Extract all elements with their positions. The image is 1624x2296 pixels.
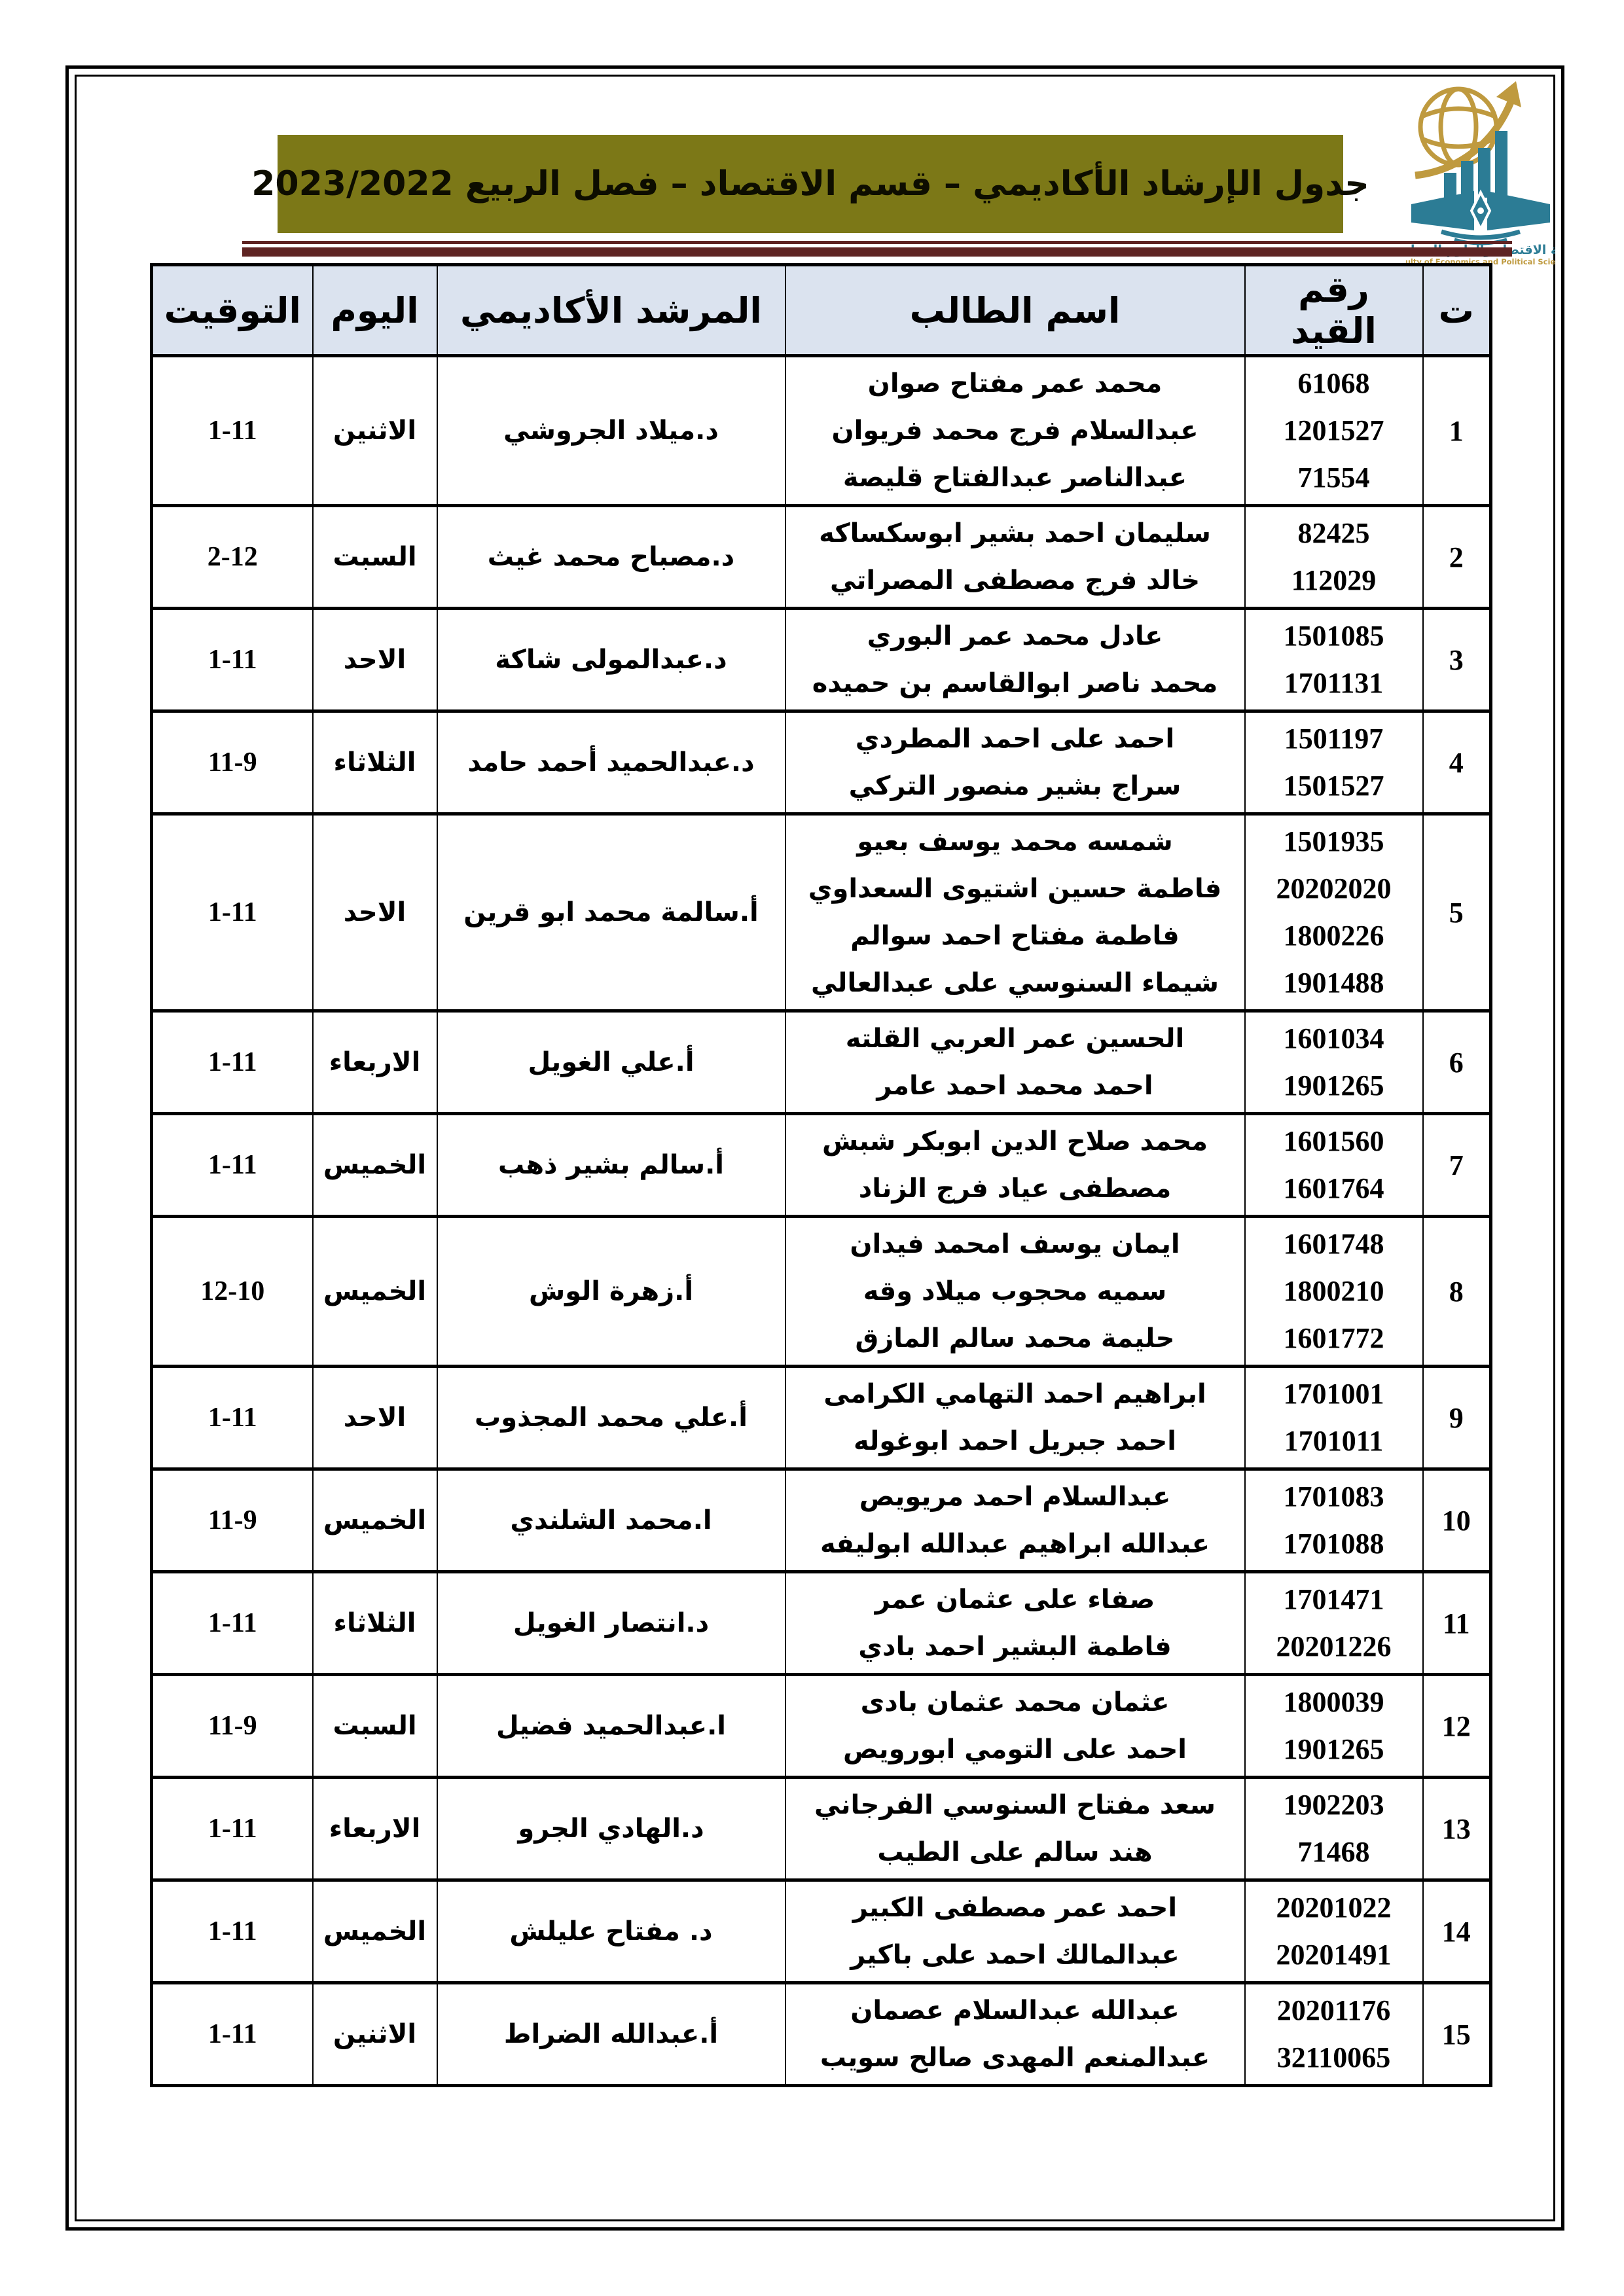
serial-number: 1 bbox=[1449, 415, 1464, 447]
reg-no: 1800210 bbox=[1250, 1268, 1418, 1315]
table-row: 5 15019352020202018002261901488 شمسه محم… bbox=[152, 814, 1491, 1011]
reg-no: 1902203 bbox=[1250, 1782, 1418, 1829]
advisor-cell: د.عبدالحميد أحمد حامد bbox=[437, 711, 785, 814]
header-advisor: المرشد الأكاديمي bbox=[437, 265, 785, 356]
advisor-cell: د.انتصار الغويل bbox=[437, 1572, 785, 1675]
serial-cell: 15 bbox=[1423, 1983, 1491, 2086]
serial-number: 14 bbox=[1442, 1916, 1471, 1948]
serial-cell: 2 bbox=[1423, 506, 1491, 609]
serial-cell: 4 bbox=[1423, 711, 1491, 814]
reg-no: 112029 bbox=[1250, 557, 1418, 604]
student-name-cell: احمد على احمد المطرديسراج بشير منصور الت… bbox=[785, 711, 1245, 814]
serial-cell: 13 bbox=[1423, 1778, 1491, 1880]
reg-no: 71468 bbox=[1250, 1829, 1418, 1876]
student-name: عبدالسلام فرج محمد فريوان bbox=[790, 407, 1240, 454]
day-cell: الاربعاء bbox=[313, 1778, 437, 1880]
advisor-cell: أ.عبدالله الضراط bbox=[437, 1983, 785, 2086]
table-row: 9 17010011701011 ابراهيم احمد التهامي ال… bbox=[152, 1367, 1491, 1469]
time-cell: 1-11 bbox=[152, 1367, 313, 1469]
student-name: ايمان يوسف امحمد فيدان bbox=[790, 1221, 1240, 1268]
student-name: احمد على التومي ابورويص bbox=[790, 1726, 1240, 1773]
table-row: 7 16015601601764 محمد صلاح الدين ابوبكر … bbox=[152, 1114, 1491, 1217]
reg-no: 1800226 bbox=[1250, 912, 1418, 960]
day-name: الخميس bbox=[323, 1916, 426, 1946]
advisor-name: د.عبدالمولى شاكة bbox=[495, 645, 727, 675]
serial-cell: 12 bbox=[1423, 1675, 1491, 1778]
advisor-name: أ.سالم بشير ذهب bbox=[498, 1150, 724, 1180]
time-cell: 1-11 bbox=[152, 814, 313, 1011]
day-cell: الخميس bbox=[313, 1469, 437, 1572]
student-name: سراج بشير منصور التركي bbox=[790, 762, 1240, 810]
reg-no-cell: 18000391901265 bbox=[1245, 1675, 1423, 1778]
reg-no-cell: 190220371468 bbox=[1245, 1778, 1423, 1880]
table-header-row: ت رقم القيد اسم الطالب المرشد الأكاديمي … bbox=[152, 265, 1491, 356]
advisor-name: أ.علي الغويل bbox=[528, 1047, 694, 1077]
time-cell: 1-11 bbox=[152, 609, 313, 711]
time-value: 1-11 bbox=[208, 1814, 257, 1844]
day-name: الخميس bbox=[323, 1505, 426, 1535]
table-row: 15 2020117632110065 عبدالله عبدالسلام عص… bbox=[152, 1983, 1491, 2086]
day-name: الاربعاء bbox=[329, 1047, 421, 1077]
serial-number: 8 bbox=[1449, 1276, 1464, 1308]
reg-no: 1501527 bbox=[1250, 762, 1418, 810]
day-cell: الخميس bbox=[313, 1217, 437, 1367]
advisor-name: د.انتصار الغويل bbox=[513, 1608, 709, 1638]
student-name: الحسين عمر العربي القلته bbox=[790, 1015, 1240, 1062]
serial-cell: 7 bbox=[1423, 1114, 1491, 1217]
time-value: 1-11 bbox=[208, 1150, 257, 1180]
reg-no: 20201022 bbox=[1250, 1884, 1418, 1931]
day-name: الاحد bbox=[344, 1403, 406, 1433]
student-name: شيماء السنوسي على عبدالعالي bbox=[790, 960, 1240, 1007]
title-banner: جدول الإرشاد الأكاديمي – قسم الاقتصاد – … bbox=[278, 135, 1343, 233]
reg-no: 1701471 bbox=[1250, 1576, 1418, 1623]
reg-no: 1701088 bbox=[1250, 1520, 1418, 1568]
time-cell: 11-9 bbox=[152, 1469, 313, 1572]
day-cell: السبت bbox=[313, 1675, 437, 1778]
serial-cell: 1 bbox=[1423, 356, 1491, 506]
student-name: عبدالله عبدالسلام عصمان bbox=[790, 1987, 1240, 2034]
student-name: خالد فرج مصطفى المصراتي bbox=[790, 557, 1240, 604]
serial-number: 7 bbox=[1449, 1149, 1464, 1181]
student-name-cell: سعد مفتاح السنوسي الفرجانيهند سالم على ا… bbox=[785, 1778, 1245, 1880]
student-name-cell: صفاء على عثمان عمرفاطمة البشير احمد بادي bbox=[785, 1572, 1245, 1675]
advisor-name: ا.محمد الشلندي bbox=[510, 1505, 712, 1535]
reg-no: 1501197 bbox=[1250, 715, 1418, 762]
student-name-cell: محمد عمر مفتاح صوانعبدالسلام فرج محمد فر… bbox=[785, 356, 1245, 506]
time-cell: 12-10 bbox=[152, 1217, 313, 1367]
table-row: 6 16010341901265 الحسين عمر العربي القلت… bbox=[152, 1011, 1491, 1114]
advisor-cell: أ.سالم بشير ذهب bbox=[437, 1114, 785, 1217]
reg-no: 1901265 bbox=[1250, 1726, 1418, 1773]
student-name: محمد صلاح الدين ابوبكر شبش bbox=[790, 1118, 1240, 1165]
student-name-cell: احمد عمر مصطفى الكبيرعبدالمالك احمد على … bbox=[785, 1880, 1245, 1983]
advisor-cell: أ.علي الغويل bbox=[437, 1011, 785, 1114]
header-student-name: اسم الطالب bbox=[785, 265, 1245, 356]
time-value: 12-10 bbox=[200, 1276, 264, 1306]
reg-no: 1701011 bbox=[1250, 1418, 1418, 1465]
schedule-table: ت رقم القيد اسم الطالب المرشد الأكاديمي … bbox=[150, 263, 1492, 2087]
advisor-name: د.ميلاد الجروشي bbox=[503, 416, 719, 446]
student-name: ابراهيم احمد التهامي الكرامى bbox=[790, 1371, 1240, 1418]
student-name: فاطمة حسين اشتيوى السعداوي bbox=[790, 865, 1240, 912]
table-body: 1 61068120152771554 محمد عمر مفتاح صوانع… bbox=[152, 356, 1491, 2086]
serial-number: 10 bbox=[1442, 1505, 1471, 1537]
serial-number: 2 bbox=[1449, 541, 1464, 573]
serial-cell: 11 bbox=[1423, 1572, 1491, 1675]
time-cell: 2-12 bbox=[152, 506, 313, 609]
day-cell: الخميس bbox=[313, 1880, 437, 1983]
reg-no-cell: 2020102220201491 bbox=[1245, 1880, 1423, 1983]
student-name: احمد محمد احمد عامر bbox=[790, 1062, 1240, 1109]
reg-no-cell: 16015601601764 bbox=[1245, 1114, 1423, 1217]
advisor-cell: د.مصباح محمد غيث bbox=[437, 506, 785, 609]
reg-no: 1201527 bbox=[1250, 407, 1418, 454]
reg-no: 1901265 bbox=[1250, 1062, 1418, 1109]
time-cell: 1-11 bbox=[152, 1114, 313, 1217]
advisor-name: د.مصباح محمد غيث bbox=[488, 542, 734, 572]
serial-cell: 10 bbox=[1423, 1469, 1491, 1572]
reg-no-cell: 61068120152771554 bbox=[1245, 356, 1423, 506]
reg-no: 1800039 bbox=[1250, 1679, 1418, 1726]
day-cell: الاحد bbox=[313, 814, 437, 1011]
table-row: 10 17010831701088 عبدالسلام احمد مريويصع… bbox=[152, 1469, 1491, 1572]
table-row: 12 18000391901265 عثمان محمد عثمان بادىا… bbox=[152, 1675, 1491, 1778]
time-cell: 11-9 bbox=[152, 711, 313, 814]
student-name: عادل محمد عمر البوري bbox=[790, 613, 1240, 660]
reg-no-cell: 15010851701131 bbox=[1245, 609, 1423, 711]
table-row: 13 190220371468 سعد مفتاح السنوسي الفرجا… bbox=[152, 1778, 1491, 1880]
reg-no: 1601748 bbox=[1250, 1221, 1418, 1268]
time-cell: 1-11 bbox=[152, 1880, 313, 1983]
day-name: الاحد bbox=[344, 897, 406, 927]
advisor-cell: د.الهادي الجرو bbox=[437, 1778, 785, 1880]
serial-number: 15 bbox=[1442, 2018, 1471, 2051]
reg-no-cell: 2020117632110065 bbox=[1245, 1983, 1423, 2086]
advisor-cell: أ.زهرة الوش bbox=[437, 1217, 785, 1367]
serial-cell: 6 bbox=[1423, 1011, 1491, 1114]
time-value: 11-9 bbox=[208, 747, 257, 778]
time-value: 1-11 bbox=[208, 1916, 257, 1946]
student-name-cell: عادل محمد عمر البوريمحمد ناصر ابوالقاسم … bbox=[785, 609, 1245, 711]
day-name: الاثنين bbox=[333, 416, 416, 446]
book-icon bbox=[1411, 191, 1550, 243]
student-name: عبدالله ابراهيم عبدالله ابوليفه bbox=[790, 1520, 1240, 1568]
day-cell: الاثنين bbox=[313, 356, 437, 506]
table-row: 3 15010851701131 عادل محمد عمر البوريمحم… bbox=[152, 609, 1491, 711]
time-cell: 1-11 bbox=[152, 1572, 313, 1675]
time-value: 1-11 bbox=[208, 645, 257, 675]
reg-no: 20201226 bbox=[1250, 1623, 1418, 1670]
student-name-cell: عثمان محمد عثمان بادىاحمد على التومي ابو… bbox=[785, 1675, 1245, 1778]
student-name: سميه محجوب ميلاد وقه bbox=[790, 1268, 1240, 1315]
advisor-name: أ.سالمة محمد ابو قرين bbox=[463, 897, 759, 927]
student-name: صفاء على عثمان عمر bbox=[790, 1576, 1240, 1623]
day-cell: الثلاثاء bbox=[313, 711, 437, 814]
table-row: 1 61068120152771554 محمد عمر مفتاح صوانع… bbox=[152, 356, 1491, 506]
student-name: عبدالسلام احمد مريويص bbox=[790, 1473, 1240, 1520]
time-cell: 1-11 bbox=[152, 1778, 313, 1880]
serial-number: 4 bbox=[1449, 747, 1464, 779]
serial-number: 3 bbox=[1449, 644, 1464, 676]
time-cell: 11-9 bbox=[152, 1675, 313, 1778]
reg-no: 1701131 bbox=[1250, 660, 1418, 707]
student-name: عبدالمالك احمد على باكير bbox=[790, 1931, 1240, 1979]
reg-no: 1501935 bbox=[1250, 818, 1418, 865]
student-name: سعد مفتاح السنوسي الفرجاني bbox=[790, 1782, 1240, 1829]
page-title: جدول الإرشاد الأكاديمي – قسم الاقتصاد – … bbox=[251, 164, 1369, 204]
table-row: 4 15011971501527 احمد على احمد المطرديسر… bbox=[152, 711, 1491, 814]
reg-no: 32110065 bbox=[1250, 2034, 1418, 2081]
reg-no-cell: 15011971501527 bbox=[1245, 711, 1423, 814]
day-name: الاحد bbox=[344, 645, 406, 675]
advisor-cell: د. مفتاح عليلش bbox=[437, 1880, 785, 1983]
header-serial: ت bbox=[1423, 265, 1491, 356]
advisor-name: د.عبدالحميد أحمد حامد bbox=[467, 747, 754, 778]
student-name-cell: ايمان يوسف امحمد فيدانسميه محجوب ميلاد و… bbox=[785, 1217, 1245, 1367]
day-name: الثلاثاء bbox=[334, 747, 416, 778]
time-value: 1-11 bbox=[208, 1047, 257, 1077]
time-cell: 1-11 bbox=[152, 1011, 313, 1114]
reg-no: 1501085 bbox=[1250, 613, 1418, 660]
reg-no: 1701083 bbox=[1250, 1473, 1418, 1520]
student-name-cell: عبدالله عبدالسلام عصمانعبدالمنعم المهدى … bbox=[785, 1983, 1245, 2086]
time-cell: 1-11 bbox=[152, 356, 313, 506]
student-name-cell: سليمان احمد بشير ابوسكساكهخالد فرج مصطفى… bbox=[785, 506, 1245, 609]
advising-schedule: ت رقم القيد اسم الطالب المرشد الأكاديمي … bbox=[153, 263, 1492, 2087]
advisor-name: ا.عبدالحميد فضيل bbox=[496, 1711, 726, 1741]
time-value: 1-11 bbox=[208, 2019, 257, 2049]
advisor-name: د.الهادي الجرو bbox=[518, 1814, 704, 1844]
reg-no-cell: 82425112029 bbox=[1245, 506, 1423, 609]
student-name: محمد عمر مفتاح صوان bbox=[790, 360, 1240, 407]
time-value: 11-9 bbox=[208, 1711, 257, 1741]
table-header: ت رقم القيد اسم الطالب المرشد الأكاديمي … bbox=[152, 265, 1491, 356]
student-name-cell: عبدالسلام احمد مريويصعبدالله ابراهيم عبد… bbox=[785, 1469, 1245, 1572]
serial-cell: 3 bbox=[1423, 609, 1491, 711]
serial-cell: 8 bbox=[1423, 1217, 1491, 1367]
student-name: احمد عمر مصطفى الكبير bbox=[790, 1884, 1240, 1931]
advisor-cell: ا.عبدالحميد فضيل bbox=[437, 1675, 785, 1778]
student-name: فاطمة البشير احمد بادي bbox=[790, 1623, 1240, 1670]
serial-cell: 14 bbox=[1423, 1880, 1491, 1983]
student-name: عبدالناصر عبدالفتاح قليصة bbox=[790, 454, 1240, 501]
reg-no: 1601764 bbox=[1250, 1165, 1418, 1212]
divider-rule bbox=[242, 241, 1512, 257]
reg-no: 20201176 bbox=[1250, 1987, 1418, 2034]
serial-number: 12 bbox=[1442, 1710, 1471, 1742]
reg-no: 1601560 bbox=[1250, 1118, 1418, 1165]
day-name: السبت bbox=[333, 542, 416, 572]
time-value: 2-12 bbox=[208, 542, 258, 572]
reg-no: 20202020 bbox=[1250, 865, 1418, 912]
student-name-cell: الحسين عمر العربي القلتهاحمد محمد احمد ع… bbox=[785, 1011, 1245, 1114]
day-name: الثلاثاء bbox=[334, 1608, 416, 1638]
reg-no-cell: 160174818002101601772 bbox=[1245, 1217, 1423, 1367]
serial-number: 6 bbox=[1449, 1047, 1464, 1079]
student-name-cell: ابراهيم احمد التهامي الكرامىاحمد جبريل ا… bbox=[785, 1367, 1245, 1469]
advisor-cell: د.عبدالمولى شاكة bbox=[437, 609, 785, 711]
student-name: هند سالم على الطيب bbox=[790, 1829, 1240, 1876]
time-value: 1-11 bbox=[208, 416, 257, 446]
day-cell: الاربعاء bbox=[313, 1011, 437, 1114]
advisor-name: أ.زهرة الوش bbox=[529, 1276, 693, 1306]
serial-number: 13 bbox=[1442, 1813, 1471, 1845]
advisor-cell: د.ميلاد الجروشي bbox=[437, 356, 785, 506]
time-value: 1-11 bbox=[208, 897, 257, 927]
time-cell: 1-11 bbox=[152, 1983, 313, 2086]
reg-no: 1701001 bbox=[1250, 1371, 1418, 1418]
day-cell: الاحد bbox=[313, 609, 437, 711]
student-name: فاطمة مفتاح احمد سوالم bbox=[790, 912, 1240, 960]
day-name: السبت bbox=[333, 1711, 416, 1741]
day-cell: الخميس bbox=[313, 1114, 437, 1217]
advisor-name: أ.علي محمد المجذوب bbox=[475, 1403, 748, 1433]
advisor-cell: ا.محمد الشلندي bbox=[437, 1469, 785, 1572]
student-name-cell: شمسه محمد يوسف بعيوفاطمة حسين اشتيوى الس… bbox=[785, 814, 1245, 1011]
divider-rule-thick bbox=[242, 247, 1512, 257]
advisor-cell: أ.سالمة محمد ابو قرين bbox=[437, 814, 785, 1011]
student-name: سليمان احمد بشير ابوسكساكه bbox=[790, 510, 1240, 557]
day-name: الخميس bbox=[323, 1276, 426, 1306]
table-row: 11 170147120201226 صفاء على عثمان عمرفاط… bbox=[152, 1572, 1491, 1675]
reg-no-cell: 17010011701011 bbox=[1245, 1367, 1423, 1469]
serial-number: 11 bbox=[1443, 1607, 1470, 1640]
student-name: شمسه محمد يوسف بعيو bbox=[790, 818, 1240, 865]
student-name: عبدالمنعم المهدى صالح سويب bbox=[790, 2034, 1240, 2081]
reg-no: 1601034 bbox=[1250, 1015, 1418, 1062]
reg-no-cell: 15019352020202018002261901488 bbox=[1245, 814, 1423, 1011]
day-name: الخميس bbox=[323, 1150, 426, 1180]
reg-no-cell: 170147120201226 bbox=[1245, 1572, 1423, 1675]
advisor-name: أ.عبدالله الضراط bbox=[504, 2019, 718, 2049]
table-row: 2 82425112029 سليمان احمد بشير ابوسكساكه… bbox=[152, 506, 1491, 609]
reg-no: 61068 bbox=[1250, 360, 1418, 407]
reg-no-cell: 16010341901265 bbox=[1245, 1011, 1423, 1114]
student-name: عثمان محمد عثمان بادى bbox=[790, 1679, 1240, 1726]
student-name: حليمة محمد سالم المازق bbox=[790, 1315, 1240, 1362]
header-time: التوقيت bbox=[152, 265, 313, 356]
reg-no: 1901488 bbox=[1250, 960, 1418, 1007]
reg-no: 20201491 bbox=[1250, 1931, 1418, 1979]
day-name: الاثنين bbox=[333, 2019, 416, 2049]
serial-number: 5 bbox=[1449, 897, 1464, 929]
day-name: الاربعاء bbox=[329, 1814, 421, 1844]
student-name: مصطفى عياد فرج الزناد bbox=[790, 1165, 1240, 1212]
table-row: 14 2020102220201491 احمد عمر مصطفى الكبي… bbox=[152, 1880, 1491, 1983]
serial-number: 9 bbox=[1449, 1402, 1464, 1434]
serial-cell: 5 bbox=[1423, 814, 1491, 1011]
student-name: محمد ناصر ابوالقاسم بن حميده bbox=[790, 660, 1240, 707]
student-name: احمد على احمد المطردي bbox=[790, 715, 1240, 762]
header-reg-no: رقم القيد bbox=[1245, 265, 1423, 356]
day-cell: الاثنين bbox=[313, 1983, 437, 2086]
header-day: اليوم bbox=[313, 265, 437, 356]
student-name: احمد جبريل احمد ابوغوله bbox=[790, 1418, 1240, 1465]
student-name-cell: محمد صلاح الدين ابوبكر شبشمصطفى عياد فرج… bbox=[785, 1114, 1245, 1217]
reg-no: 71554 bbox=[1250, 454, 1418, 501]
table-row: 8 160174818002101601772 ايمان يوسف امحمد… bbox=[152, 1217, 1491, 1367]
time-value: 1-11 bbox=[208, 1403, 257, 1433]
day-cell: الاحد bbox=[313, 1367, 437, 1469]
reg-no: 82425 bbox=[1250, 510, 1418, 557]
time-value: 1-11 bbox=[208, 1608, 257, 1638]
day-cell: الثلاثاء bbox=[313, 1572, 437, 1675]
day-cell: السبت bbox=[313, 506, 437, 609]
faculty-logo: كلية الاقتصاد والعلوم السياسية Faculty o… bbox=[1406, 76, 1555, 267]
faculty-logo-icon: كلية الاقتصاد والعلوم السياسية Faculty o… bbox=[1406, 76, 1555, 267]
advisor-name: د. مفتاح عليلش bbox=[509, 1916, 712, 1946]
reg-no-cell: 17010831701088 bbox=[1245, 1469, 1423, 1572]
time-value: 11-9 bbox=[208, 1505, 257, 1535]
advisor-cell: أ.علي محمد المجذوب bbox=[437, 1367, 785, 1469]
reg-no: 1601772 bbox=[1250, 1315, 1418, 1362]
serial-cell: 9 bbox=[1423, 1367, 1491, 1469]
